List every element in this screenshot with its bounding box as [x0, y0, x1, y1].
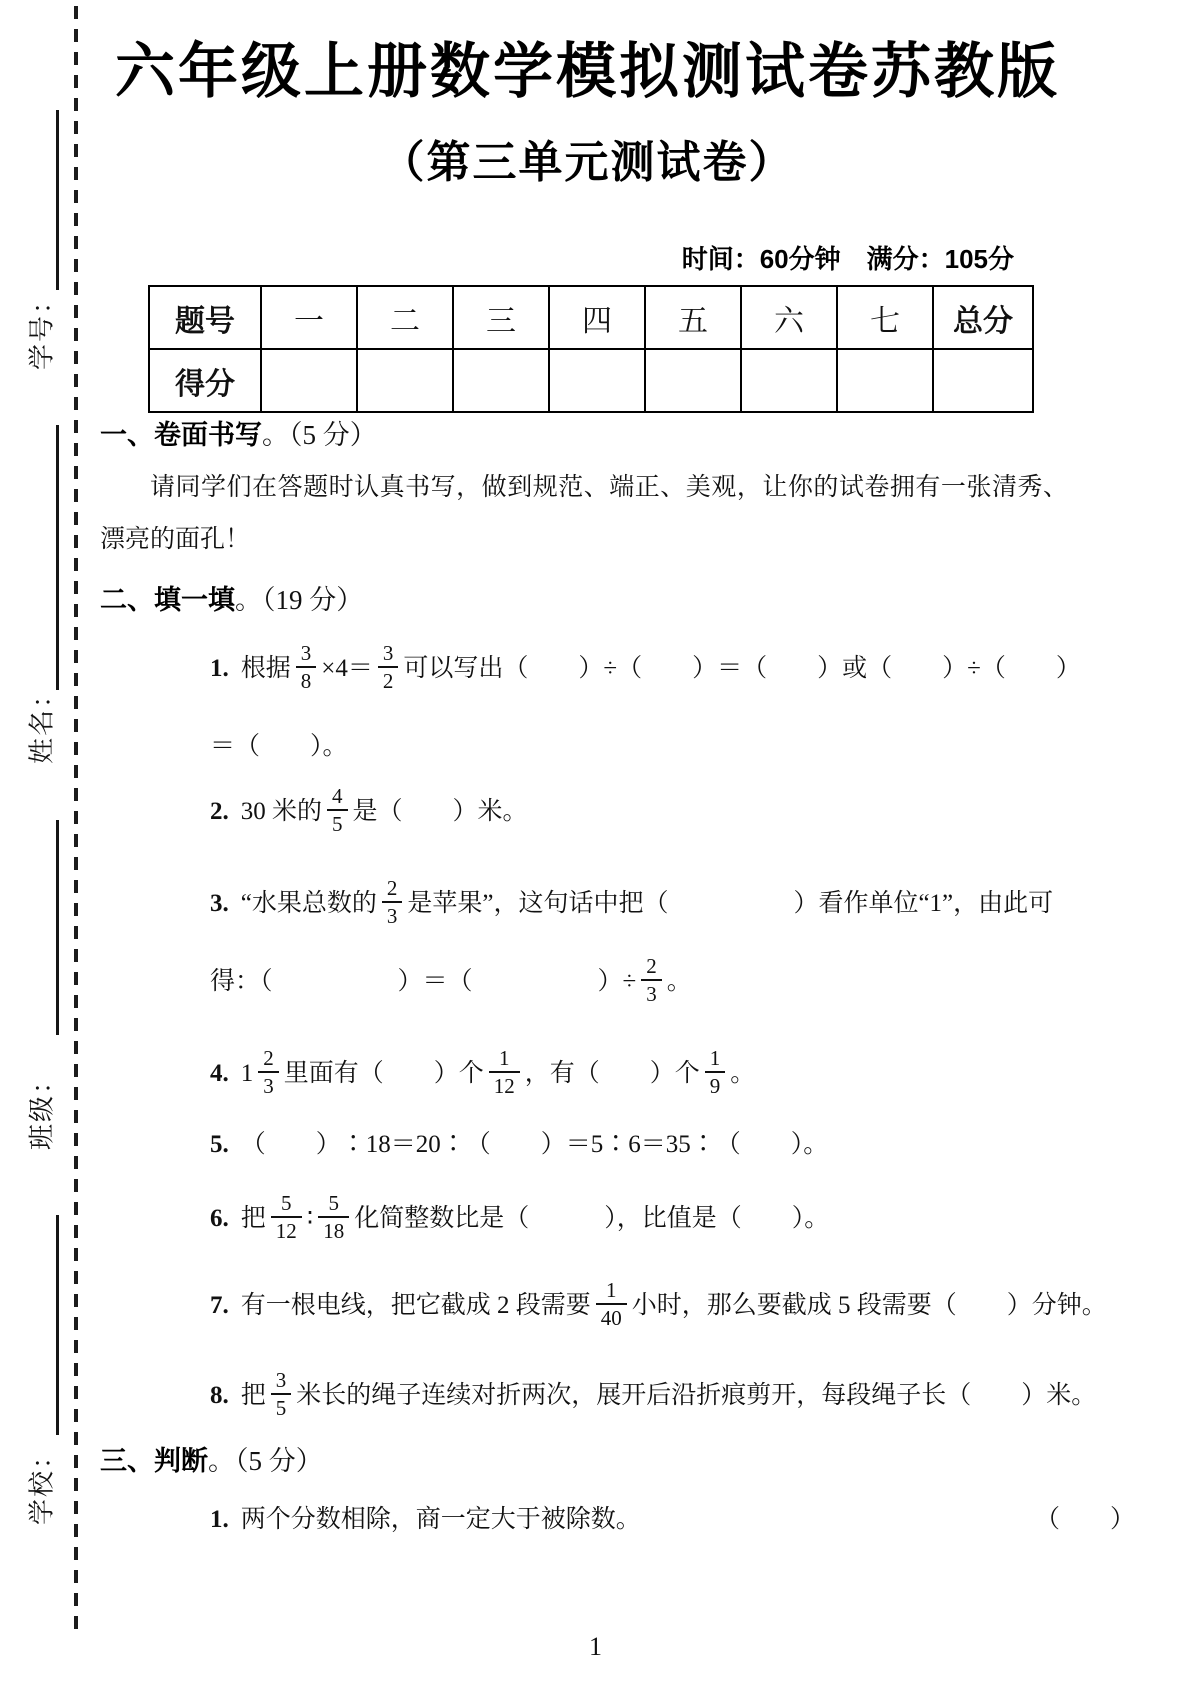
paper-title: 六年级上册数学模拟测试卷苏教版 [95, 36, 1080, 108]
score-table-cell: 题号 [149, 286, 261, 349]
fraction: 512 [271, 1190, 302, 1244]
question-text: ＝（ ）。 [210, 733, 348, 760]
test-paper-page: 学号： 姓名： 班级： 学校： 六年级上册数学模拟测试卷苏教版 （第三单元测试卷… [0, 0, 1191, 1684]
section3-heading-points: 。（5 分） [208, 1446, 323, 1476]
question-line: 2.30 米的45是（ ）米。 [210, 783, 1160, 841]
fraction: 45 [327, 783, 348, 837]
question-line: 8.把35米长的绳子连续对折两次，展开后沿折痕剪开，每段绳子长（ ）米。 [210, 1367, 1160, 1425]
class-fill-line [56, 820, 59, 1035]
question-line: 4.123里面有（ ）个112，有（ ）个19。 [210, 1045, 1160, 1103]
fraction: 38 [296, 640, 317, 694]
fraction: 32 [378, 640, 399, 694]
question-number: 2. [210, 798, 229, 825]
section1-heading-title: 一、卷面书写 [100, 420, 262, 450]
question-text: 30 米的45是（ ）米。 [241, 798, 528, 825]
fraction: 23 [382, 875, 403, 929]
score-table-cell [933, 349, 1033, 412]
question-line: 5.（ ）∶18＝20∶（ ）＝5∶6＝35∶（ ）。 [210, 1116, 1160, 1174]
question-2-3: 3.“水果总数的23是苹果”，这句话中把（ ）看作单位“1”，由此可 得：（ ）… [210, 875, 1160, 1011]
question-2-5: 5.（ ）∶18＝20∶（ ）＝5∶6＝35∶（ ）。 [210, 1116, 1160, 1174]
question-text: 把35米长的绳子连续对折两次，展开后沿折痕剪开，每段绳子长（ ）米。 [241, 1382, 1097, 1409]
score-table-cell: 四 [549, 286, 645, 349]
fraction: 140 [596, 1277, 627, 1331]
page-number: 1 [0, 1632, 1191, 1662]
school-fill-line [56, 1215, 59, 1435]
question-number: 1. [210, 655, 229, 682]
question-3-1: 1.两个分数相除，商一定大于被除数。（ ） [210, 1491, 1160, 1549]
section1-instruction-text: 请同学们在答题时认真书写，做到规范、端正、美观，让你的试卷拥有一张清秀、漂亮的面… [100, 462, 1068, 566]
question-2-7: 7.有一根电线，把它截成 2 段需要140小时，那么要截成 5 段需要（ ）分钟… [210, 1277, 1160, 1335]
section3-heading: 三、判断。（5 分） [100, 1446, 323, 1476]
school-label: 学校： [22, 1441, 59, 1525]
section2-heading-title: 二、填一填 [100, 585, 235, 615]
question-line: ＝（ ）。 [210, 718, 1160, 776]
section1-heading-points: 。（5 分） [262, 420, 377, 450]
dashed-divider [74, 6, 78, 1636]
question-number: 8. [210, 1382, 229, 1409]
section2-heading: 二、填一填。（19 分） [100, 585, 363, 615]
score-table-cell: 七 [837, 286, 933, 349]
score-table-cell [741, 349, 837, 412]
question-line: 1.根据38×4＝32可以写出（ ）÷（ ）＝（ ）或（ ）÷（ ） [210, 640, 1160, 698]
student-number-fill-line [56, 110, 59, 290]
name-fill-line [56, 425, 59, 690]
score-table-cell: 得分 [149, 349, 261, 412]
name-label: 姓名： [22, 680, 59, 764]
question-line: 1.两个分数相除，商一定大于被除数。（ ） [210, 1491, 1160, 1549]
question-number: 1. [210, 1506, 229, 1533]
fraction: 35 [271, 1367, 292, 1421]
question-number: 6. [210, 1205, 229, 1232]
score-table-header-row: 题号 一 二 三 四 五 六 七 总分 [149, 286, 1033, 349]
question-text: 有一根电线，把它截成 2 段需要140小时，那么要截成 5 段需要（ ）分钟。 [241, 1292, 1107, 1319]
student-number-label: 学号： [22, 286, 59, 370]
question-number: 4. [210, 1060, 229, 1087]
question-text: （ ）∶18＝20∶（ ）＝5∶6＝35∶（ ）。 [241, 1131, 829, 1158]
score-table-cell: 三 [453, 286, 549, 349]
score-table-cell [453, 349, 549, 412]
fraction: 112 [489, 1045, 520, 1099]
question-2-1: 1.根据38×4＝32可以写出（ ）÷（ ）＝（ ）或（ ）÷（ ） ＝（ ）。 [210, 640, 1160, 776]
question-number: 3. [210, 890, 229, 917]
answer-blank: （ ） [1035, 1491, 1135, 1549]
question-2-8: 8.把35米长的绳子连续对折两次，展开后沿折痕剪开，每段绳子长（ ）米。 [210, 1367, 1160, 1425]
question-text: 123里面有（ ）个112，有（ ）个19。 [241, 1060, 756, 1087]
fraction: 518 [318, 1190, 349, 1244]
question-text: “水果总数的23是苹果”，这句话中把（ ）看作单位“1”，由此可 [241, 890, 1053, 917]
question-text: 两个分数相除，商一定大于被除数。 [241, 1506, 641, 1533]
fraction: 23 [641, 953, 662, 1007]
score-table: 题号 一 二 三 四 五 六 七 总分 得分 [148, 285, 1034, 413]
score-table-cell [261, 349, 357, 412]
section3-heading-title: 三、判断 [100, 1446, 208, 1476]
fraction: 23 [258, 1045, 279, 1099]
question-line: 6.把512∶518化简整数比是（ ），比值是（ ）。 [210, 1190, 1160, 1248]
time-and-score-info: 时间：60分钟 满分：105分 [95, 243, 1080, 275]
score-table-cell [357, 349, 453, 412]
question-2-6: 6.把512∶518化简整数比是（ ），比值是（ ）。 [210, 1190, 1160, 1248]
question-2-4: 4.123里面有（ ）个112，有（ ）个19。 [210, 1045, 1160, 1103]
fraction: 19 [705, 1045, 726, 1099]
score-table-cell [837, 349, 933, 412]
class-label: 班级： [22, 1066, 59, 1150]
question-text: 把512∶518化简整数比是（ ），比值是（ ）。 [241, 1205, 830, 1232]
question-number: 7. [210, 1292, 229, 1319]
question-text: 得：（ ）＝（ ）÷23。 [210, 968, 692, 995]
score-table-cell [645, 349, 741, 412]
question-line: 7.有一根电线，把它截成 2 段需要140小时，那么要截成 5 段需要（ ）分钟… [210, 1277, 1160, 1335]
question-line: 得：（ ）＝（ ）÷23。 [210, 953, 1160, 1011]
score-table-cell: 六 [741, 286, 837, 349]
score-table-cell: 一 [261, 286, 357, 349]
paper-subtitle: （第三单元测试卷） [95, 132, 1080, 194]
question-text: 根据38×4＝32可以写出（ ）÷（ ）＝（ ）或（ ）÷（ ） [241, 655, 1081, 682]
score-table-cell: 五 [645, 286, 741, 349]
question-line: 3.“水果总数的23是苹果”，这句话中把（ ）看作单位“1”，由此可 [210, 875, 1160, 933]
score-table-cell: 二 [357, 286, 453, 349]
score-table-score-row: 得分 [149, 349, 1033, 412]
section1-heading: 一、卷面书写。（5 分） [100, 420, 377, 450]
score-table-cell [549, 349, 645, 412]
question-2-2: 2.30 米的45是（ ）米。 [210, 783, 1160, 841]
question-number: 5. [210, 1131, 229, 1158]
section2-heading-points: 。（19 分） [235, 585, 363, 615]
score-table-cell: 总分 [933, 286, 1033, 349]
